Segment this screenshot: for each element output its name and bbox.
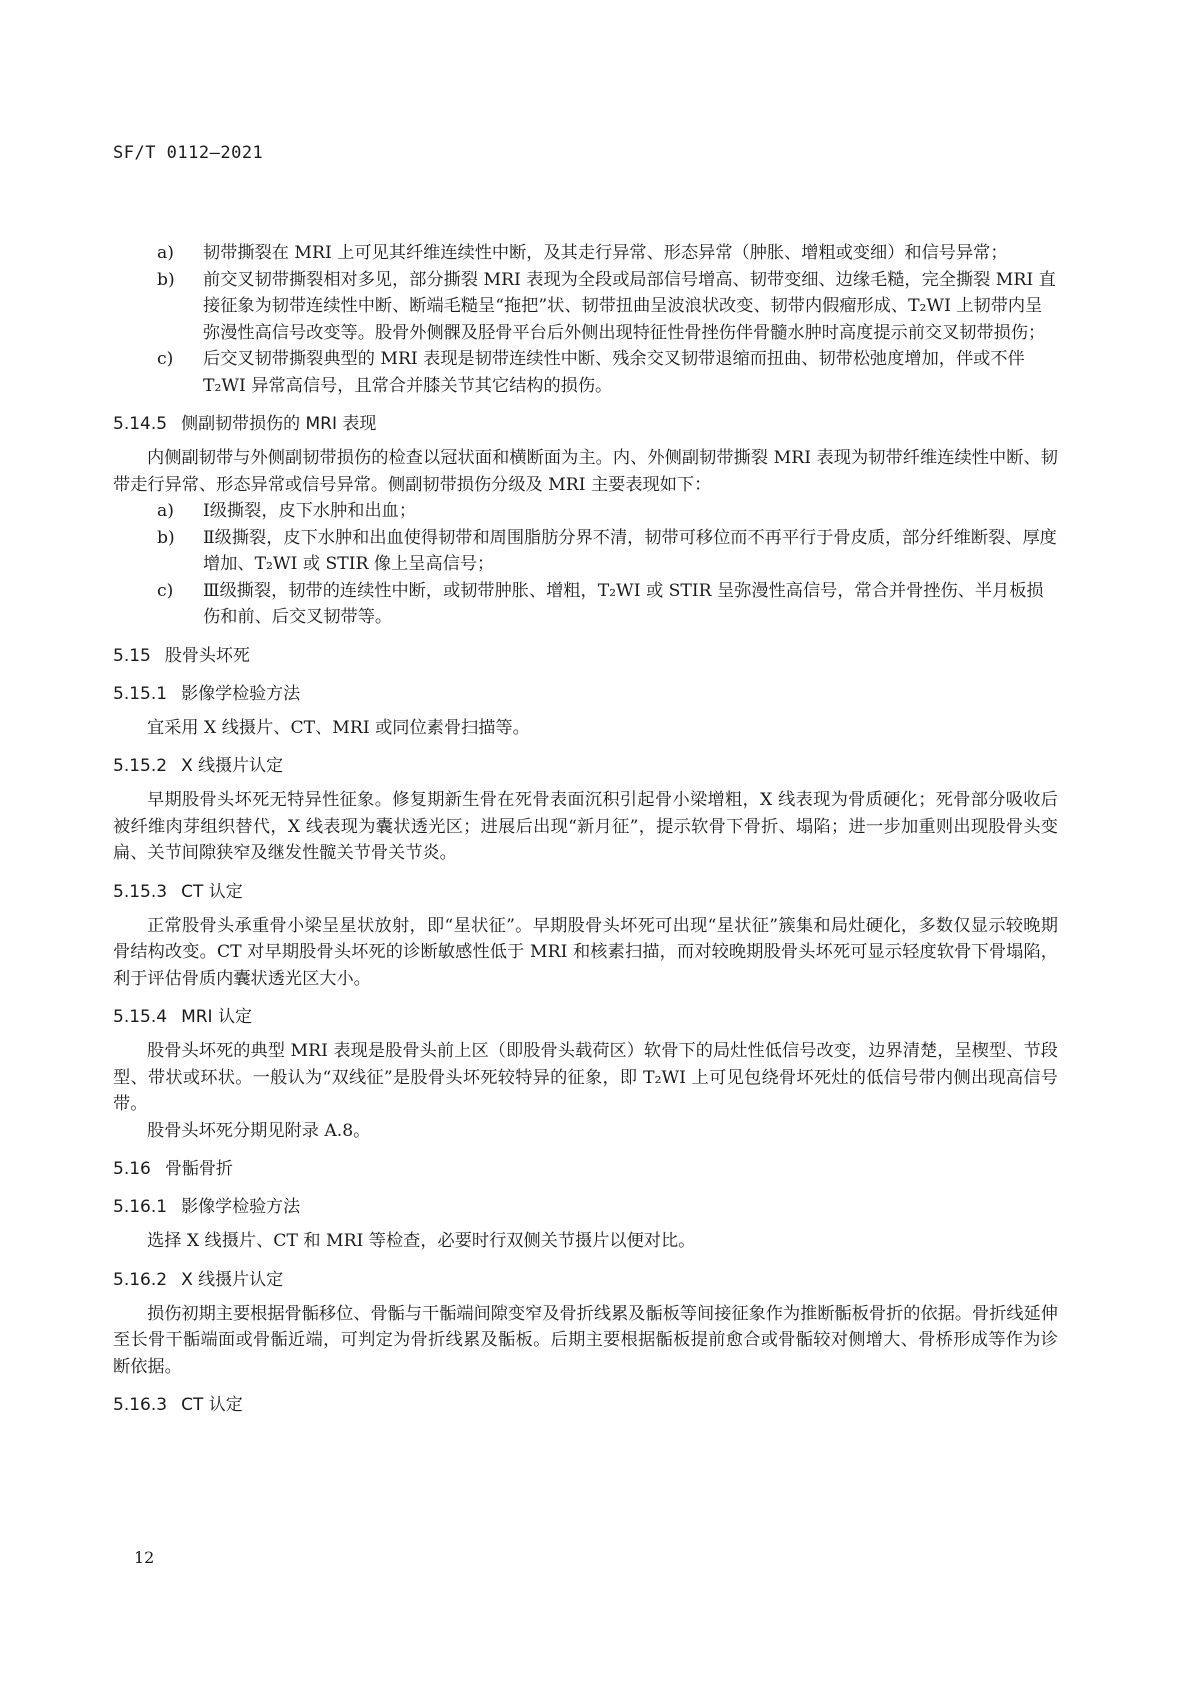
paragraph: 选择 X 线摄片、CT 和 MRI 等检查，必要时行双侧关节摄片以便对比。 [113,1228,1058,1255]
section-title: MRI 认定 [181,1007,252,1027]
section-title: 骨骺骨折 [165,1159,233,1179]
document-code-header: SF/T 0112—2021 [113,143,263,163]
paragraph: 股骨头坏死的典型 MRI 表现是股骨头前上区（即股骨头载荷区）软骨下的局灶性低信… [113,1038,1058,1118]
page-number: 12 [134,1548,154,1567]
section-title: CT 认定 [181,882,243,902]
list-item: c)Ⅲ级撕裂，韧带的连续性中断，或韧带肿胀、增粗，T₂WI 或 STIR 呈弥漫… [113,578,1058,631]
list-text: 后交叉韧带撕裂典型的 MRI 表现是韧带连续性中断、残余交叉韧带退缩而扭曲、韧带… [203,349,1025,396]
list-text: 前交叉韧带撕裂相对多见，部分撕裂 MRI 表现为全段或局部信号增高、韧带变细、边… [203,270,1056,343]
list-marker: a) [157,498,197,525]
section-heading: 5.15.1影像学检验方法 [113,681,1058,707]
list-item: a)Ⅰ级撕裂，皮下水肿和出血； [113,498,1058,525]
list-item: c)后交叉韧带撕裂典型的 MRI 表现是韧带连续性中断、残余交叉韧带退缩而扭曲、… [113,346,1058,399]
list-item: b)前交叉韧带撕裂相对多见，部分撕裂 MRI 表现为全段或局部信号增高、韧带变细… [113,267,1058,347]
section-number: 5.16.3 [113,1392,167,1418]
section-heading: 5.15.3CT 认定 [113,879,1058,905]
paragraph: 正常股骨头承重骨小梁呈星状放射，即“星状征”。早期股骨头坏死可出现“星状征”簇集… [113,913,1058,993]
section-title: X 线摄片认定 [181,756,283,776]
paragraph: 内侧副韧带与外侧副韧带损伤的检查以冠状面和横断面为主。内、外侧副韧带撕裂 MRI… [113,445,1058,498]
section-number: 5.15.4 [113,1004,167,1030]
section-heading: 5.15.2X 线摄片认定 [113,753,1058,779]
list-item: b)Ⅱ级撕裂，皮下水肿和出血使得韧带和周围脂肪分界不清，韧带可移位而不再平行于骨… [113,525,1058,578]
section-title: CT 认定 [181,1395,243,1415]
section-title: 侧副韧带损伤的 MRI 表现 [181,414,376,434]
section-heading: 5.16骨骺骨折 [113,1156,1058,1182]
section-number: 5.15.2 [113,753,167,779]
paragraph: 宜采用 X 线摄片、CT、MRI 或同位素骨扫描等。 [113,715,1058,742]
section-title: 影像学检验方法 [181,1197,300,1217]
list-marker: b) [157,267,197,294]
section-heading: 5.14.5侧副韧带损伤的 MRI 表现 [113,411,1058,437]
paragraph: 损伤初期主要根据骨骺移位、骨骺与干骺端间隙变窄及骨折线累及骺板等间接征象作为推断… [113,1301,1058,1381]
section-number: 5.15.3 [113,879,167,905]
section-number: 5.16.1 [113,1194,167,1220]
section-heading: 5.15股骨头坏死 [113,643,1058,669]
list-marker: c) [157,346,197,373]
section-heading: 5.15.4MRI 认定 [113,1004,1058,1030]
section-heading: 5.16.2X 线摄片认定 [113,1267,1058,1293]
section-number: 5.15.1 [113,681,167,707]
section-number: 5.15 [113,643,151,669]
section-heading: 5.16.3CT 认定 [113,1392,1058,1418]
paragraph: 早期股骨头坏死无特异性征象。修复期新生骨在死骨表面沉积引起骨小梁增粗，X 线表现… [113,787,1058,867]
list-text: Ⅲ级撕裂，韧带的连续性中断，或韧带肿胀、增粗，T₂WI 或 STIR 呈弥漫性高… [203,581,1044,628]
section-title: X 线摄片认定 [181,1270,283,1290]
section-number: 5.14.5 [113,411,167,437]
list-marker: b) [157,525,197,552]
list-text: 韧带撕裂在 MRI 上可见其纤维连续性中断，及其走行异常、形态异常（肿胀、增粗或… [203,243,1008,263]
list-marker: a) [157,240,197,267]
section-number: 5.16.2 [113,1267,167,1293]
section-title: 股骨头坏死 [165,646,250,666]
section-number: 5.16 [113,1156,151,1182]
page-body: a)韧带撕裂在 MRI 上可见其纤维连续性中断，及其走行异常、形态异常（肿胀、增… [113,240,1058,1426]
list-marker: c) [157,578,197,605]
list-text: Ⅰ级撕裂，皮下水肿和出血； [203,501,416,521]
list-text: Ⅱ级撕裂，皮下水肿和出血使得韧带和周围脂肪分界不清，韧带可移位而不再平行于骨皮质… [203,528,1057,575]
section-heading: 5.16.1影像学检验方法 [113,1194,1058,1220]
paragraph: 股骨头坏死分期见附录 A.8。 [113,1118,1058,1145]
list-item: a)韧带撕裂在 MRI 上可见其纤维连续性中断，及其走行异常、形态异常（肿胀、增… [113,240,1058,267]
section-title: 影像学检验方法 [181,684,300,704]
